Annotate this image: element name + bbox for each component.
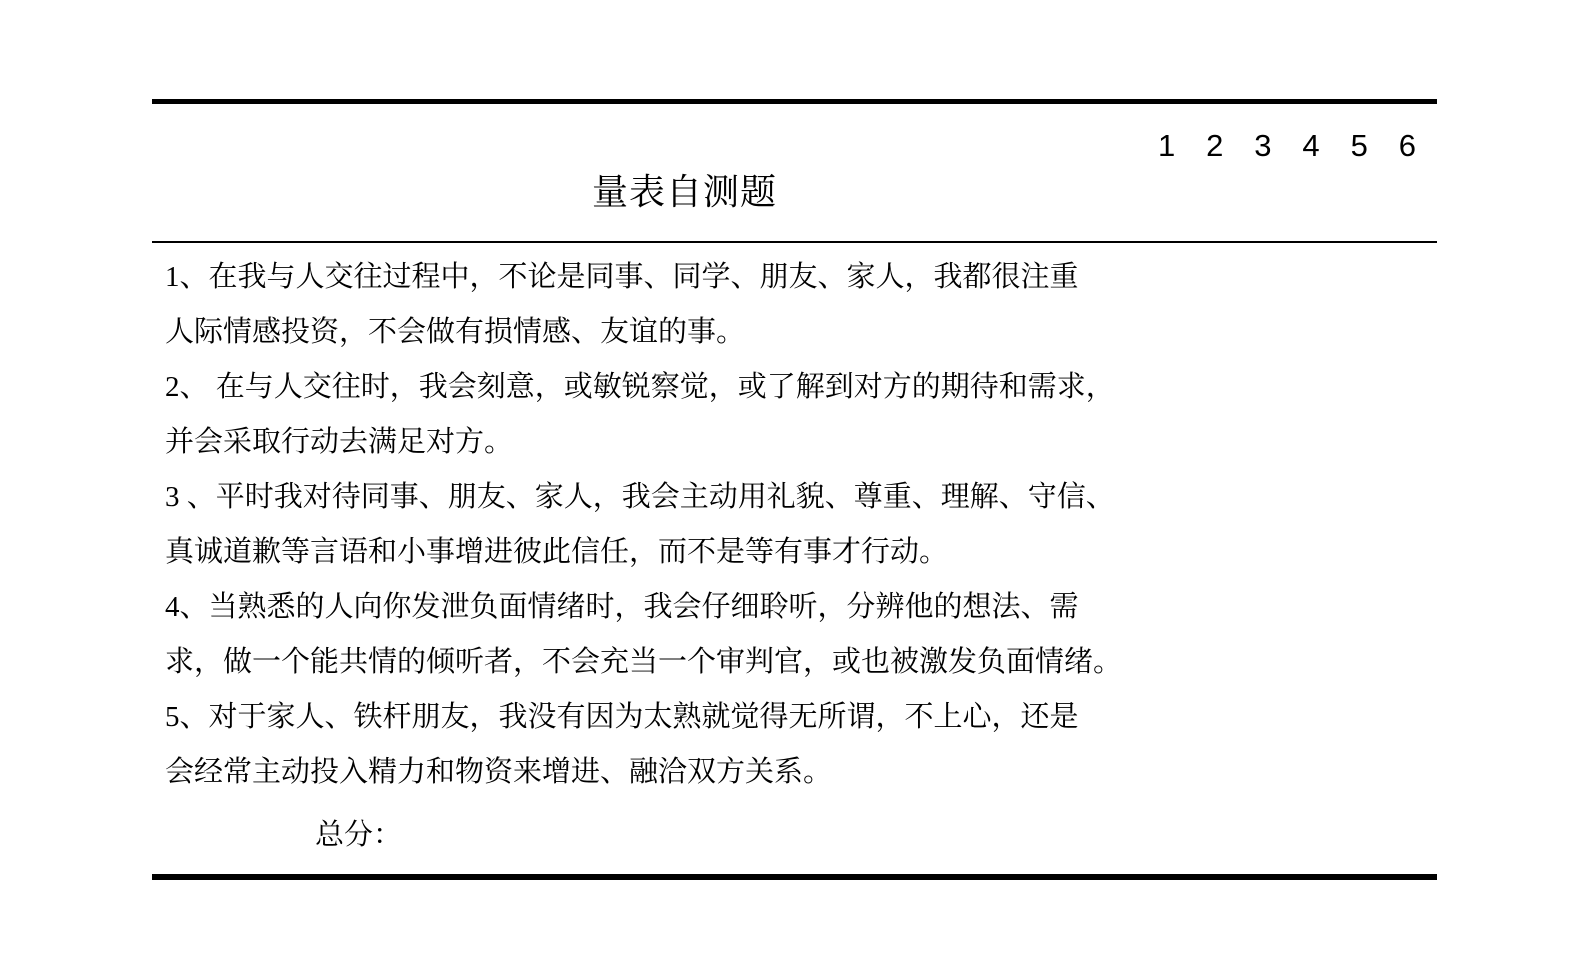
questionnaire-page: 1 2 3 4 5 6 量表自测题 1、在我与人交往过程中，不论是同事、同学、朋… bbox=[0, 0, 1587, 979]
score-number-2: 2 bbox=[1206, 128, 1223, 164]
total-score-label: 总分： bbox=[165, 808, 1445, 863]
question-list: 1、在我与人交往过程中，不论是同事、同学、朋友、家人，我都很注重 人际情感投资，… bbox=[165, 250, 1445, 863]
score-number-6: 6 bbox=[1399, 128, 1416, 164]
question-2-line-1: 2、 在与人交往时，我会刻意，或敏锐察觉，或了解到对方的期待和需求， bbox=[165, 360, 1445, 415]
bottom-rule bbox=[152, 874, 1437, 880]
question-1-line-1: 1、在我与人交往过程中，不论是同事、同学、朋友、家人，我都很注重 bbox=[165, 250, 1445, 305]
top-rule bbox=[152, 99, 1437, 104]
question-5-line-2: 会经常主动投入精力和物资来增进、融洽双方关系。 bbox=[165, 745, 1445, 800]
score-number-4: 4 bbox=[1302, 128, 1319, 164]
question-5-line-1: 5、对于家人、铁杆朋友，我没有因为太熟就觉得无所谓，不上心，还是 bbox=[165, 690, 1445, 745]
question-4-line-1: 4、当熟悉的人向你发泄负面情绪时，我会仔细聆听，分辨他的想法、需 bbox=[165, 580, 1445, 635]
score-scale-numbers: 1 2 3 4 5 6 bbox=[1158, 128, 1416, 164]
score-number-1: 1 bbox=[1158, 128, 1175, 164]
question-3-line-2: 真诚道歉等言语和小事增进彼此信任，而不是等有事才行动。 bbox=[165, 525, 1445, 580]
question-3-line-1: 3 、平时我对待同事、朋友、家人，我会主动用礼貌、尊重、理解、守信、 bbox=[165, 470, 1445, 525]
page-title: 量表自测题 bbox=[592, 170, 777, 214]
question-4-line-2: 求，做一个能共情的倾听者，不会充当一个审判官，或也被激发负面情绪。 bbox=[165, 635, 1445, 690]
score-number-3: 3 bbox=[1254, 128, 1271, 164]
score-number-5: 5 bbox=[1351, 128, 1368, 164]
question-2-line-2: 并会采取行动去满足对方。 bbox=[165, 415, 1445, 470]
header-divider bbox=[152, 241, 1437, 243]
question-1-line-2: 人际情感投资，不会做有损情感、友谊的事。 bbox=[165, 305, 1445, 360]
